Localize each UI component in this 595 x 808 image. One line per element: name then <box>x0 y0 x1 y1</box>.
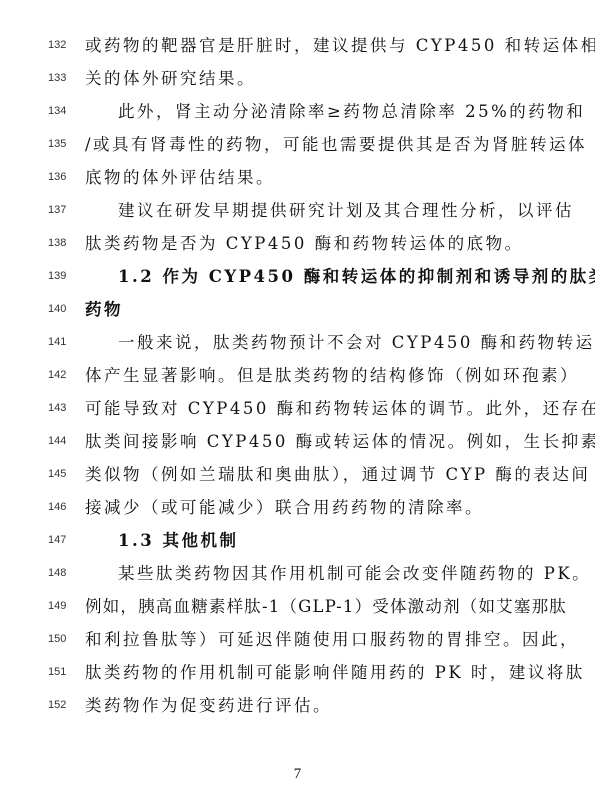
text-line: 138 肽类药物是否为 CYP450 酶和药物转运体的底物。 <box>0 228 595 261</box>
line-number: 139 <box>48 270 72 282</box>
line-text: /或具有肾毒性的药物，可能也需要提供其是否为肾脏转运体 <box>85 131 530 155</box>
line-number: 138 <box>48 237 72 249</box>
text-line: 150 和利拉鲁肽等）可延迟伴随使用口服药物的胃排空。因此， <box>0 624 595 657</box>
line-text: 关的体外研究结果。 <box>85 65 530 89</box>
text-line: 134 此外，肾主动分泌清除率≥药物总清除率 25%的药物和 <box>0 96 595 129</box>
page-number: 7 <box>0 766 595 783</box>
text-line: 151 肽类药物的作用机制可能影响伴随用药的 PK 时，建议将肽 <box>0 657 595 690</box>
text-line: 144 肽类间接影响 CYP450 酶或转运体的情况。例如，生长抑素 <box>0 426 595 459</box>
line-number: 148 <box>48 567 72 579</box>
line-number: 147 <box>48 534 72 546</box>
text-line: 141 一般来说，肽类药物预计不会对 CYP450 酶和药物转运 <box>0 327 595 360</box>
line-text: 建议在研发早期提供研究计划及其合理性分析，以评估 <box>85 197 530 221</box>
text-line: 146 接减少（或可能减少）联合用药药物的清除率。 <box>0 492 595 525</box>
text-line: 133 关的体外研究结果。 <box>0 63 595 96</box>
line-text: 接减少（或可能减少）联合用药药物的清除率。 <box>85 494 530 518</box>
line-number: 149 <box>48 600 72 612</box>
line-text: 底物的体外评估结果。 <box>85 164 530 188</box>
line-number: 135 <box>48 138 72 150</box>
line-number: 142 <box>48 369 72 381</box>
line-number: 151 <box>48 666 72 678</box>
line-number: 143 <box>48 402 72 414</box>
text-line: 137 建议在研发早期提供研究计划及其合理性分析，以评估 <box>0 195 595 228</box>
line-text: 例如，胰高血糖素样肽-1（GLP-1）受体激动剂（如艾塞那肽 <box>85 593 530 617</box>
line-text: 可能导致对 CYP450 酶和药物转运体的调节。此外，还存在 <box>85 395 530 419</box>
line-number: 140 <box>48 303 72 315</box>
line-text: 肽类间接影响 CYP450 酶或转运体的情况。例如，生长抑素 <box>85 428 530 452</box>
line-text: 一般来说，肽类药物预计不会对 CYP450 酶和药物转运 <box>85 329 530 353</box>
text-line: 135 /或具有肾毒性的药物，可能也需要提供其是否为肾脏转运体 <box>0 129 595 162</box>
line-text: 类药物作为促变药进行评估。 <box>85 692 530 716</box>
line-number: 150 <box>48 633 72 645</box>
heading-text: 1.2 作为 CYP450 酶和转运体的抑制剂和诱导剂的肽类 <box>85 263 530 287</box>
heading-text: 药物 <box>85 296 530 320</box>
line-text: 肽类药物的作用机制可能影响伴随用药的 PK 时，建议将肽 <box>85 659 530 683</box>
line-number: 141 <box>48 336 72 348</box>
section-heading-1-3: 147 1.3 其他机制 <box>0 525 595 558</box>
line-text: 类似物（例如兰瑞肽和奥曲肽），通过调节 CYP 酶的表达间 <box>85 461 530 485</box>
line-text: 体产生显著影响。但是肽类药物的结构修饰（例如环孢素） <box>85 362 530 386</box>
text-line: 149 例如，胰高血糖素样肽-1（GLP-1）受体激动剂（如艾塞那肽 <box>0 591 595 624</box>
line-number: 145 <box>48 468 72 480</box>
line-text: 此外，肾主动分泌清除率≥药物总清除率 25%的药物和 <box>85 98 530 122</box>
text-line: 132 或药物的靶器官是肝脏时，建议提供与 CYP450 和转运体相 <box>0 30 595 63</box>
heading-text: 1.3 其他机制 <box>85 527 530 551</box>
line-number: 132 <box>48 39 72 51</box>
line-number: 134 <box>48 105 72 117</box>
line-number: 133 <box>48 72 72 84</box>
line-number: 152 <box>48 699 72 711</box>
line-text: 和利拉鲁肽等）可延迟伴随使用口服药物的胃排空。因此， <box>85 626 530 650</box>
text-line: 136 底物的体外评估结果。 <box>0 162 595 195</box>
section-heading-1-2: 139 1.2 作为 CYP450 酶和转运体的抑制剂和诱导剂的肽类 <box>0 261 595 294</box>
section-heading-1-2-cont: 140 药物 <box>0 294 595 327</box>
line-number: 137 <box>48 204 72 216</box>
line-number: 144 <box>48 435 72 447</box>
line-number: 136 <box>48 171 72 183</box>
text-line: 148 某些肽类药物因其作用机制可能会改变伴随药物的 PK。 <box>0 558 595 591</box>
line-text: 或药物的靶器官是肝脏时，建议提供与 CYP450 和转运体相 <box>85 32 530 56</box>
text-line: 143 可能导致对 CYP450 酶和药物转运体的调节。此外，还存在 <box>0 393 595 426</box>
line-text: 某些肽类药物因其作用机制可能会改变伴随药物的 PK。 <box>85 560 530 584</box>
text-line: 145 类似物（例如兰瑞肽和奥曲肽），通过调节 CYP 酶的表达间 <box>0 459 595 492</box>
line-text: 肽类药物是否为 CYP450 酶和药物转运体的底物。 <box>85 230 530 254</box>
line-number: 146 <box>48 501 72 513</box>
text-line: 152 类药物作为促变药进行评估。 <box>0 690 595 723</box>
text-line: 142 体产生显著影响。但是肽类药物的结构修饰（例如环孢素） <box>0 360 595 393</box>
